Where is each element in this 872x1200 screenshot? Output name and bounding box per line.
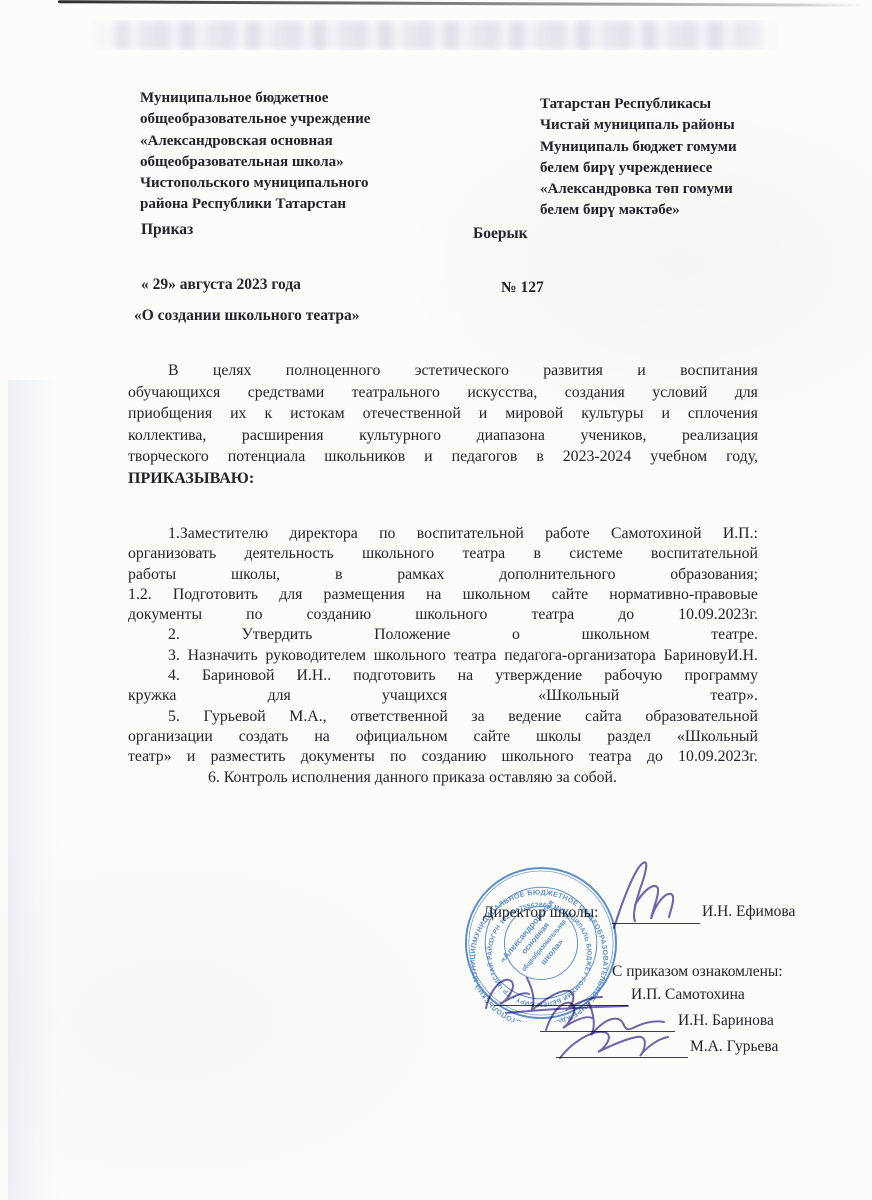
directives-list: 1.Заместителюдиректораповоспитательнойра… <box>128 524 758 788</box>
acknowledged-name: М.А. Гурьева <box>690 1038 778 1056</box>
doc-type-russian: Приказ <box>141 221 193 239</box>
scan-edge-artifact <box>58 0 864 6</box>
list-line: 2.УтвердитьПоложениеошкольномтеатре. <box>128 625 758 645</box>
list-line: 3.Назначитьруководителемшкольноготеатрап… <box>128 646 758 666</box>
list-line: 1.Заместителюдиректораповоспитательнойра… <box>128 524 758 544</box>
list-line: 6. Контроль исполнения данного приказа о… <box>128 768 758 788</box>
list-line: работышколы,врамкахдополнительногообразо… <box>128 565 758 585</box>
director-name: И.Н. Ефимова <box>702 903 795 921</box>
document-page: Муниципальное бюджетное общеобразователь… <box>0 0 872 1200</box>
scan-shadow-strip <box>8 380 58 1200</box>
guryeva-signature <box>550 1022 702 1066</box>
order-date: « 29» августа 2023 года <box>141 276 301 294</box>
paragraph-line: творческогопотенциалашкольниковипедагого… <box>128 446 758 468</box>
org-name-russian: Муниципальное бюджетное общеобразователь… <box>140 88 480 216</box>
list-line: документыпосозданиюшкольноготеатрадо10.0… <box>128 605 758 625</box>
org-line: «Александровская основная <box>140 131 480 152</box>
org-line: Татарстан Республикасы <box>540 94 850 115</box>
org-line: Муниципаль бюджет гомуми <box>540 137 850 158</box>
org-line: «Александровка төп гомуми <box>540 179 850 200</box>
org-line: района Республики Татарстан <box>140 194 480 215</box>
org-line: общеобразовательная школа» <box>140 152 480 173</box>
preamble-paragraph: Вцеляхполноценногоэстетическогоразвитияи… <box>128 360 758 468</box>
list-line: театр»иразместитьдокументыпосозданиюшкол… <box>128 747 758 767</box>
org-line: Муниципальное бюджетное <box>140 88 480 109</box>
paragraph-line: обучающихсясредствамитеатральногоискусст… <box>128 382 758 404</box>
paragraph-line: Вцеляхполноценногоэстетическогоразвитияи… <box>128 360 758 382</box>
list-line: организациисоздатьнаофициальномсайтешкол… <box>128 727 758 747</box>
list-line: 1.2.Подготовитьдляразмещениянашкольномса… <box>128 585 758 605</box>
org-name-tatar: Татарстан Республикасы Чистай муниципаль… <box>540 94 850 222</box>
director-signature <box>592 858 712 933</box>
org-line: белем бирү учреждениесе <box>540 158 850 179</box>
org-line: белем бирү мәктәбе» <box>540 200 850 221</box>
list-line: 5.ГурьевойМ.А.,ответственнойзаведениесай… <box>128 707 758 727</box>
prikaz-heading: ПРИКАЗЫВАЮ: <box>128 470 254 488</box>
paragraph-line: коллектива,расширениякультурногодиапазон… <box>128 425 758 447</box>
list-line: 4.БариновойИ.Н..подготовитьнаутверждение… <box>128 666 758 686</box>
paragraph-line: приобщенияихкистокамотечественнойимирово… <box>128 403 758 425</box>
doc-type-tatar: Боерык <box>473 225 528 243</box>
list-line: организоватьдеятельностьшкольноготеатрав… <box>128 544 758 564</box>
org-line: Чистопольского муниципального <box>140 173 480 194</box>
org-line: Чистай муниципаль районы <box>540 115 850 136</box>
bleed-through-text <box>88 20 780 50</box>
org-line: общеобразовательное учреждение <box>140 109 480 130</box>
list-line: кружкадляучащихся«Школьныйтеатр». <box>128 686 758 706</box>
order-title: «О создании школьного театра» <box>134 307 360 325</box>
order-number: № 127 <box>501 279 544 297</box>
